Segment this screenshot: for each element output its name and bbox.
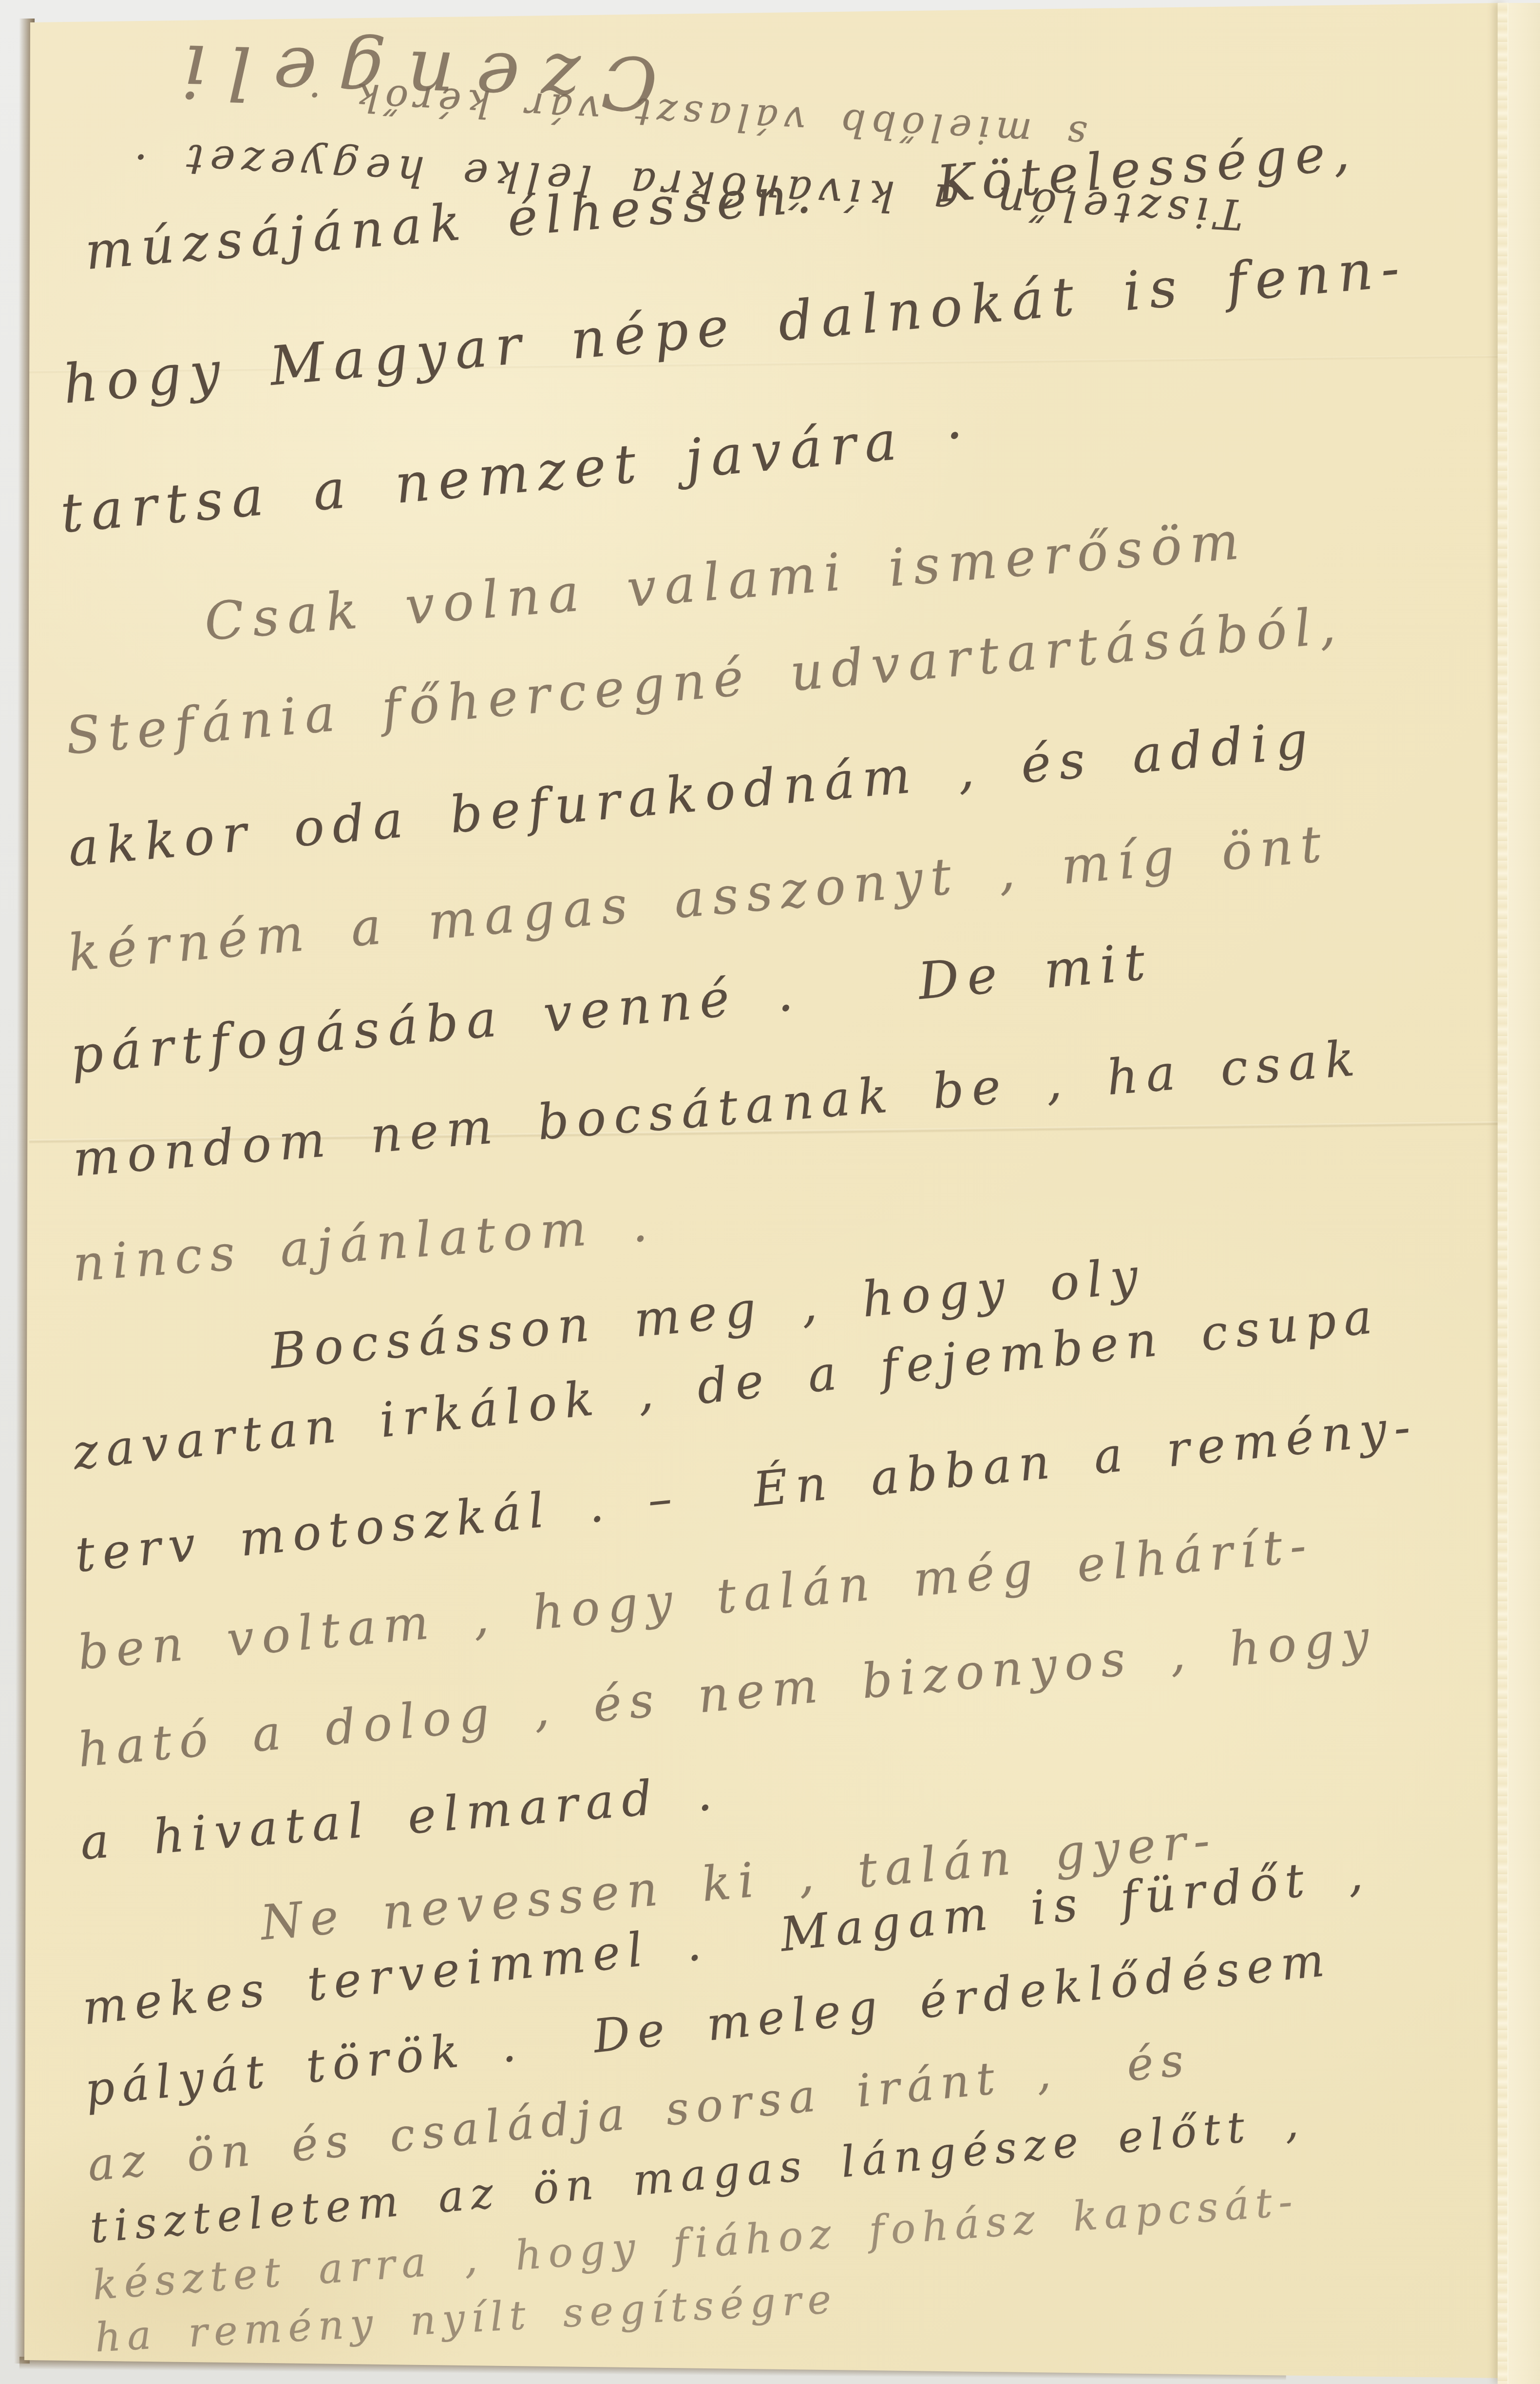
under-sheet-edge xyxy=(1505,3,1540,2384)
torn-edge xyxy=(1498,3,1507,2384)
